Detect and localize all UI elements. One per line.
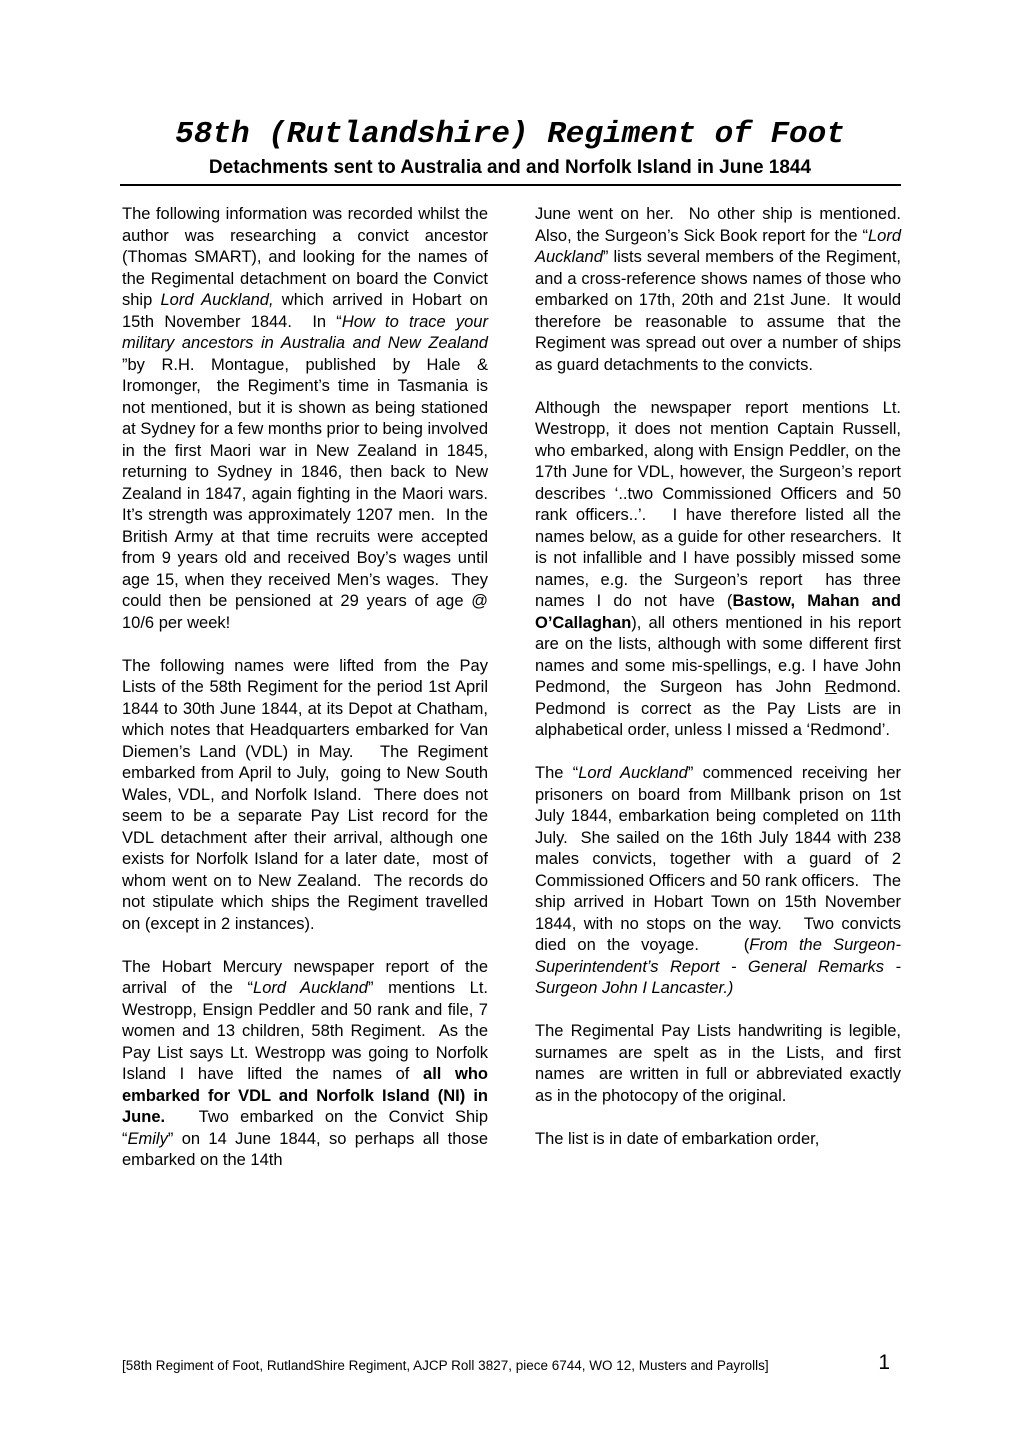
text-run: June went on her. No other ship is menti… <box>535 205 910 245</box>
paragraph: The following information was recorded w… <box>122 204 488 634</box>
left-column: The following information was recorded w… <box>122 204 488 1193</box>
text-run: Emily <box>128 1130 168 1148</box>
text-run: Although the newspaper report mentions L… <box>535 399 906 611</box>
text-run: Lord Auckland <box>253 979 368 997</box>
paragraph: The following names were lifted from the… <box>122 656 488 936</box>
text-run: ” on 14 June 1844, so perhaps all those … <box>122 1130 493 1170</box>
text-run: ”by R.H. Montague, published by Hale & I… <box>122 356 497 632</box>
paragraph: The list is in date of embarkation order… <box>535 1129 901 1151</box>
text-run: Lord Auckland, <box>160 291 273 309</box>
text-run: R <box>825 678 837 696</box>
text-run: Lord Auckland <box>578 764 688 782</box>
text-run: The Regimental Pay Lists handwriting is … <box>535 1022 906 1105</box>
footer-citation: [58th Regiment of Foot, RutlandShire Reg… <box>122 1352 769 1375</box>
document-subtitle: Detachments sent to Australia and and No… <box>0 156 1020 180</box>
page-number: 1 <box>878 1352 902 1374</box>
right-column: June went on her. No other ship is menti… <box>535 204 901 1193</box>
paragraph: The “Lord Auckland” commenced receiving … <box>535 763 901 1000</box>
two-column-layout: The following information was recorded w… <box>122 204 902 1193</box>
paragraph: The Regimental Pay Lists handwriting is … <box>535 1021 901 1107</box>
document-title: 58th (Rutlandshire) Regiment of Foot <box>0 117 1020 152</box>
paragraph: The Hobart Mercury newspaper report of t… <box>122 957 488 1172</box>
text-run: ” commenced receiving her prisoners on b… <box>535 764 906 954</box>
text-run: The following names were lifted from the… <box>122 657 493 933</box>
header-divider <box>120 184 901 186</box>
text-run: ” lists several members of the Regiment,… <box>535 248 906 374</box>
paragraph: Although the newspaper report mentions L… <box>535 398 901 742</box>
text-run: The “ <box>535 764 578 782</box>
document-page: 58th (Rutlandshire) Regiment of Foot Det… <box>0 0 1020 1443</box>
document-header: 58th (Rutlandshire) Regiment of Foot Det… <box>0 0 1020 186</box>
text-run: The list is in date of embarkation order… <box>535 1130 819 1148</box>
paragraph: June went on her. No other ship is menti… <box>535 204 901 376</box>
page-footer: [58th Regiment of Foot, RutlandShire Reg… <box>122 1352 902 1375</box>
